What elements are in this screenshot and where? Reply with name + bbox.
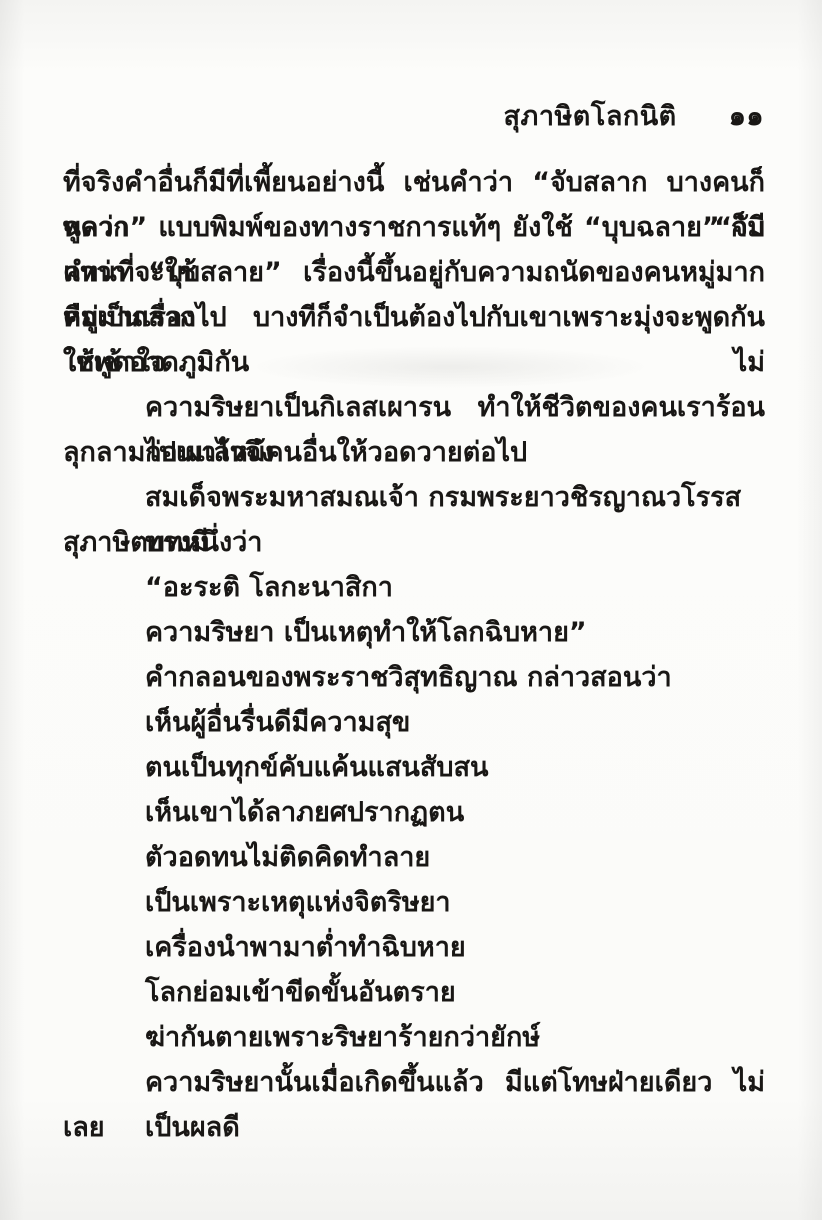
poem-line-3: เห็นผู้อื่นรื่นดีมีความสุข <box>63 700 765 745</box>
text-line-4: หมู่มากลากไป บางทีก็จำเป็นต้องไปกับเขาเพ… <box>63 295 765 340</box>
running-header: สุภาษิตโลกนิติ ๑๑ <box>504 94 764 137</box>
poem-line-6: ตัวอดทนไม่ติดคิดทำลาย <box>63 835 765 880</box>
text-line-3: คำว่า “บุบสลาย” เรื่องนี้ขึ้นอยู่กับความ… <box>63 250 765 295</box>
text-line-2: ฉลาก” แบบพิมพ์ของทางราชการแท้ๆ ยังใช้ “บ… <box>63 205 765 250</box>
poem-line-8: เครื่องนำพามาต่ำทำฉิบหาย <box>63 925 765 970</box>
poem-line-4: ตนเป็นทุกข์คับแค้นแสนสับสน <box>63 745 765 790</box>
poem-line-7: เป็นเพราะเหตุแห่งจิตริษยา <box>63 880 765 925</box>
text-line-21: ความริษยานั้นเมื่อเกิดขึ้นแล้ว มีแต่โทษฝ… <box>63 1060 765 1105</box>
text-line-6: ความริษยาเป็นกิเลสเผารน ทำให้ชีวิตของคนเ… <box>63 385 765 430</box>
text-line-8: สมเด็จพระมหาสมณเจ้า กรมพระยาวชิรญาณวโรรส… <box>63 475 765 520</box>
text-line-9: สุภาษิตบทหนึ่งว่า <box>63 520 765 565</box>
text-line-12: คำกลอนของพระราชวิสุทธิญาณ กล่าวสอนว่า <box>63 655 765 700</box>
book-page: สุภาษิตโลกนิติ ๑๑ ที่จริงคำอื่นก็มีที่เพ… <box>0 0 822 1220</box>
poem-line-5: เห็นเขาได้ลาภยศปรากฏตน <box>63 790 765 835</box>
poem-line-2: ความริษยา เป็นเหตุทำให้โลกฉิบหาย” <box>63 610 765 655</box>
text-line-1: ที่จริงคำอื่นก็มีที่เพี้ยนอย่างนี้ เช่นค… <box>63 160 765 205</box>
page-number: ๑๑ <box>729 94 764 137</box>
page-text: ที่จริงคำอื่นก็มีที่เพี้ยนอย่างนี้ เช่นค… <box>63 160 765 1150</box>
poem-line-1: “อะระติ โลกะนาสิกา <box>63 565 765 610</box>
poem-line-10: ฆ่ากันตายเพราะริษยาร้ายกว่ายักษ์ <box>63 1015 765 1060</box>
poem-line-9: โลกย่อมเข้าขีดขั้นอันตราย <box>63 970 765 1015</box>
running-header-title: สุภาษิตโลกนิติ <box>504 94 677 137</box>
text-line-7: ลุกลามไปเผาไหม้คนอื่นให้วอดวายต่อไป <box>63 430 765 475</box>
